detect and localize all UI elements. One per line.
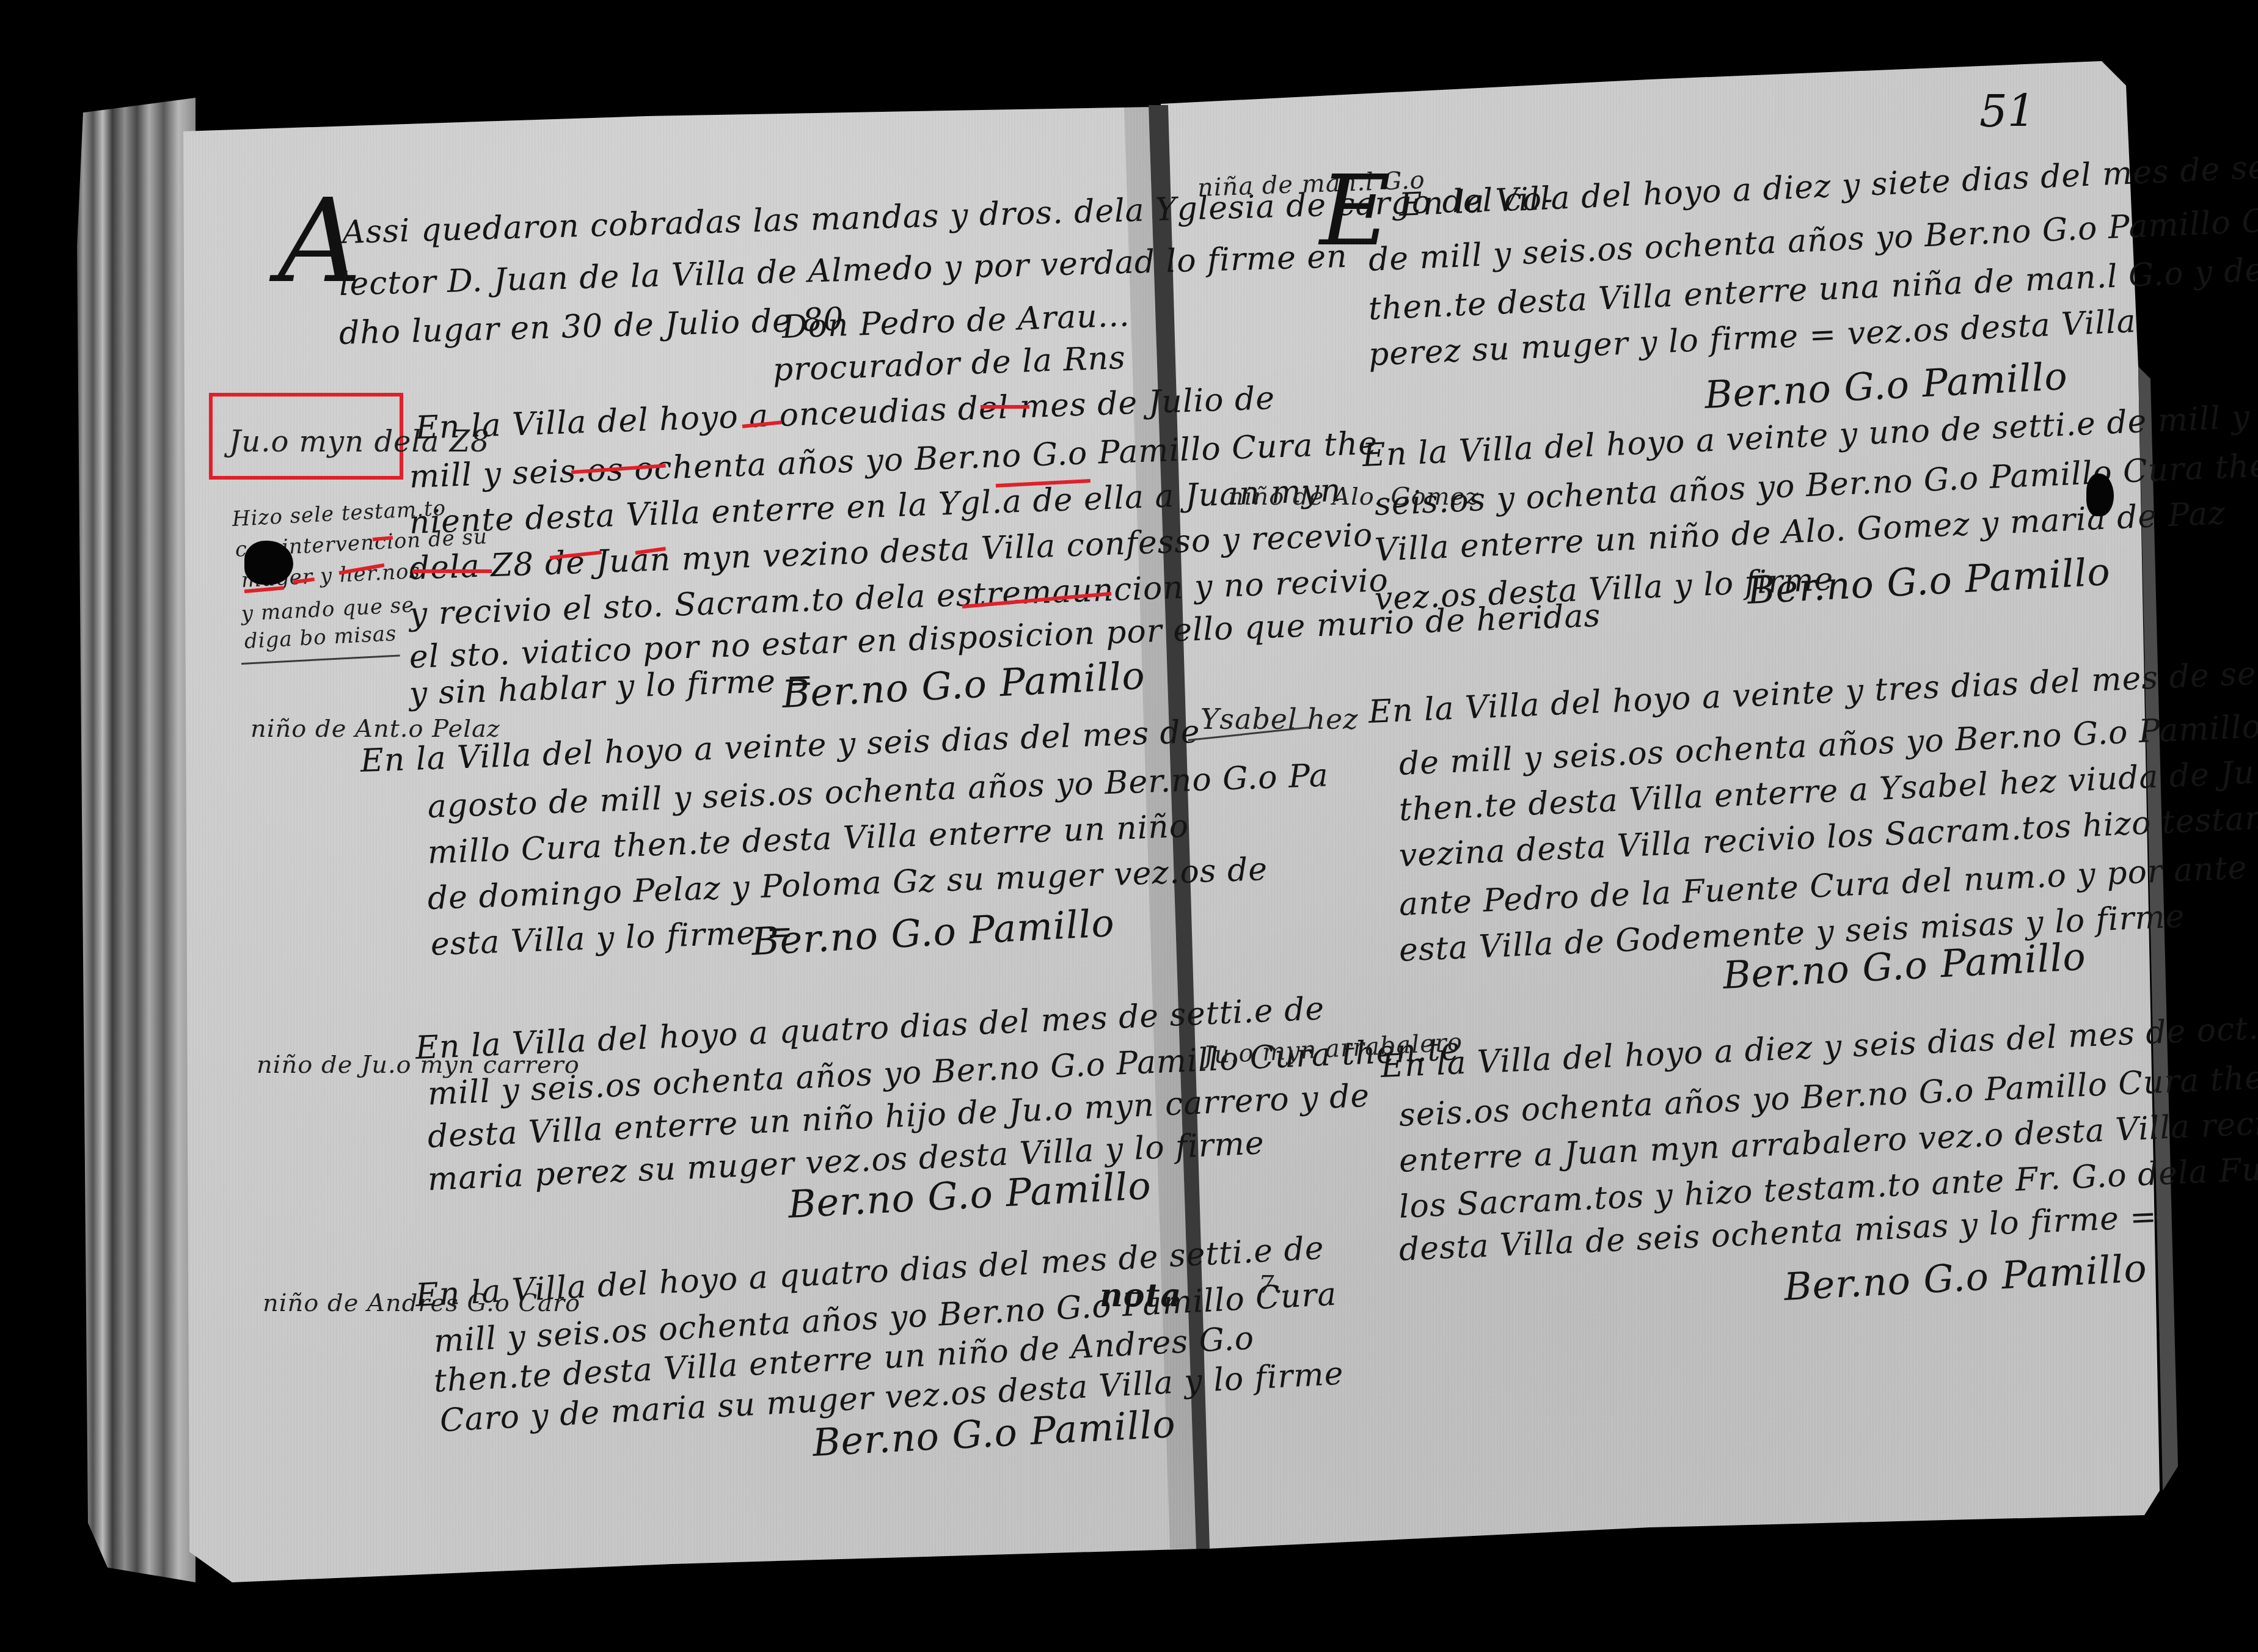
red-underline (981, 405, 1029, 409)
ink-blot (2086, 473, 2114, 516)
page-number: 51 (1979, 86, 2036, 137)
bottom-mark: 7... (1259, 1271, 1300, 1299)
inline-note: nota (1100, 1280, 1182, 1312)
scanned-book-spread: A Assi quedaron cobradas las mandas y dr… (0, 0, 2258, 1652)
margin-note: niño de Ant.o Pelaz (250, 715, 500, 743)
page-edges-stack (73, 98, 195, 1582)
ink-blot (244, 541, 293, 585)
red-underline (412, 569, 492, 573)
